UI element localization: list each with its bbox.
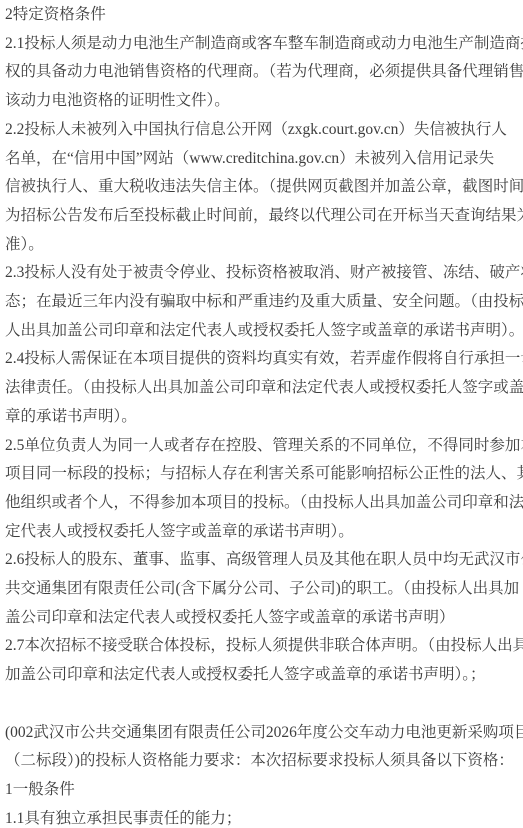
text-line: 章的承诺书声明）。 [5, 403, 519, 432]
text-line: 名单，在“信用中国”网站（www.creditchina.gov.cn）未被列入… [5, 145, 519, 174]
text-line: 2特定资格条件 [5, 1, 519, 30]
document-page: 2特定资格条件2.1投标人须是动力电池生产制造商或客车整车制造商或动力电池生产制… [0, 0, 523, 828]
text-line: 人出具加盖公司印章和法定代表人或授权委托人签字或盖章的承诺书声明）。 [5, 317, 519, 346]
text-line: 2.5单位负责人为同一人或者存在控股、管理关系的不同单位，不得同时参加本 [5, 432, 519, 461]
clause-2-1: 2.1投标人须是动力电池生产制造商或客车整车制造商或动力电池生产制造商授权的具备… [5, 30, 519, 116]
clause-2-7: 2.7本次招标不接受联合体投标，投标人须提供非联合体声明。（由投标人出具加盖公司… [5, 632, 519, 689]
clause-2-5: 2.5单位负责人为同一人或者存在控股、管理关系的不同单位，不得同时参加本项目同一… [5, 432, 519, 547]
text-line: 2.3投标人没有处于被责令停业、投标资格被取消、财产被接管、冻结、破产状 [5, 259, 519, 288]
text-line: 2.4投标人需保证在本项目提供的资料均真实有效，若弄虚作假将自行承担一切 [5, 345, 519, 374]
lot-2-qualification-requirements: (002武汉市公共交通集团有限责任公司2026年度公交车动力电池更新采购项目（二… [5, 719, 519, 828]
text-line: （二标段）)的投标人资格能力要求：本次招标要求投标人须具备以下资格： [5, 747, 519, 776]
text-line: 2.6投标人的股东、董事、监事、高级管理人员及其他在职人员中均无武汉市公 [5, 546, 519, 575]
text-line: 他组织或者个人，不得参加本项目的投标。（由投标人出具加盖公司印章和法 [5, 489, 519, 518]
text-line: 项目同一标段的投标；与招标人存在利害关系可能影响招标公正性的法人、其 [5, 460, 519, 489]
text-line: 准）。 [5, 231, 519, 260]
text-line: 定代表人或授权委托人签字或盖章的承诺书声明）。 [5, 518, 519, 547]
document-body: 2特定资格条件2.1投标人须是动力电池生产制造商或客车整车制造商或动力电池生产制… [0, 0, 523, 828]
clause-2-2: 2.2投标人未被列入中国执行信息公开网（zxgk.court.gov.cn）失信… [5, 116, 519, 260]
text-line: 为招标公告发布后至投标截止时间前，最终以代理公司在开标当天查询结果为 [5, 202, 519, 231]
text-line: 该动力电池资格的证明性文件）。 [5, 87, 519, 116]
text-line: 2.2投标人未被列入中国执行信息公开网（zxgk.court.gov.cn）失信… [5, 116, 519, 145]
clause-2-3: 2.3投标人没有处于被责令停业、投标资格被取消、财产被接管、冻结、破产状态；在最… [5, 259, 519, 345]
text-line: (002武汉市公共交通集团有限责任公司2026年度公交车动力电池更新采购项目 [5, 719, 519, 748]
text-line: 2.1投标人须是动力电池生产制造商或客车整车制造商或动力电池生产制造商授 [5, 30, 519, 59]
text-line: 共交通集团有限责任公司(含下属分公司、子公司)的职工。（由投标人出具加 [5, 575, 519, 604]
text-line: 1一般条件 [5, 776, 519, 805]
clause-1-1: 1.1具有独立承担民事责任的能力； [5, 805, 519, 828]
text-line: 法律责任。（由投标人出具加盖公司印章和法定代表人或授权委托人签字或盖 [5, 374, 519, 403]
lot-2-intro: (002武汉市公共交通集团有限责任公司2026年度公交车动力电池更新采购项目（二… [5, 719, 519, 776]
text-line: 2.7本次招标不接受联合体投标，投标人须提供非联合体声明。（由投标人出具 [5, 632, 519, 661]
text-line: 加盖公司印章和法定代表人或授权委托人签字或盖章的承诺书声明）。； [5, 661, 519, 690]
text-line: 信被执行人、重大税收违法失信主体。（提供网页截图并加盖公章，截图时间 [5, 173, 519, 202]
clause-2-4: 2.4投标人需保证在本项目提供的资料均真实有效，若弄虚作假将自行承担一切法律责任… [5, 345, 519, 431]
specific-qualification-conditions: 2特定资格条件2.1投标人须是动力电池生产制造商或客车整车制造商或动力电池生产制… [5, 1, 519, 690]
section-2-heading: 2特定资格条件 [5, 1, 519, 30]
text-line: 权的具备动力电池销售资格的代理商。（若为代理商，必须提供具备代理销售 [5, 58, 519, 87]
clause-2-6: 2.6投标人的股东、董事、监事、高级管理人员及其他在职人员中均无武汉市公共交通集… [5, 546, 519, 632]
text-line: 盖公司印章和法定代表人或授权委托人签字或盖章的承诺书声明） [5, 604, 519, 633]
text-line: 态；在最近三年内没有骗取中标和严重违约及重大质量、安全问题。（由投标 [5, 288, 519, 317]
text-line: 1.1具有独立承担民事责任的能力； [5, 805, 519, 828]
section-1-heading: 1一般条件 [5, 776, 519, 805]
